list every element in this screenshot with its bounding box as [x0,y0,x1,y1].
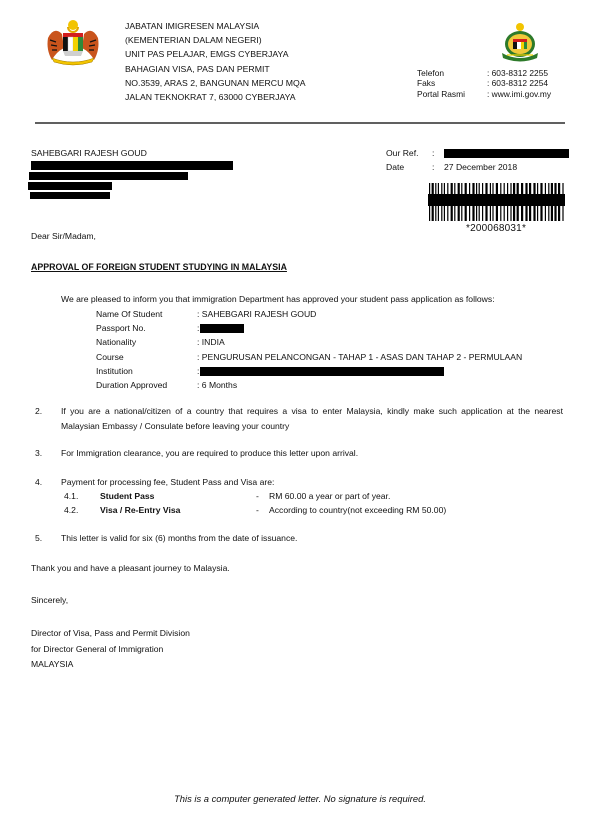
agency-line: BAHAGIAN VISA, PAS DAN PERMIT [125,62,306,76]
detail-value: : [197,364,199,378]
paragraph-number: 3. [35,446,61,461]
fee-dash: - [256,489,269,503]
paragraph-number: 4. [35,475,61,490]
agency-line: (KEMENTERIAN DALAM NEGERI) [125,33,306,47]
date-value: 27 December 2018 [444,161,517,175]
portal-link[interactable]: : www.imi.gov.my [487,89,551,99]
detail-label: Nationality [96,335,197,349]
paragraph-text: If you are a national/citizen of a count… [61,404,563,433]
agency-line: UNIT PAS PELAJAR, EMGS CYBERJAYA [125,47,306,61]
our-ref-label: Our Ref. [386,147,432,161]
fee-number: 4.1. [61,489,100,503]
contact-label: Portal Rasmi [417,89,487,99]
paragraph-text: For Immigration clearance, you are requi… [61,446,563,461]
detail-label: Course [96,350,197,364]
fee-number: 4.2. [61,503,100,517]
paragraph-number: 5. [35,531,61,546]
fee-list: 4.1. Student Pass - RM 60.00 a year or p… [61,489,446,517]
approval-details: Name Of Student : SAHEBGARI RAJESH GOUD … [96,307,522,392]
detail-row-institution: Institution : [96,364,522,378]
fee-row-visa: 4.2. Visa / Re-Entry Visa - According to… [61,503,446,517]
redacted-address-line [29,172,188,180]
fee-row-student-pass: 4.1. Student Pass - RM 60.00 a year or p… [61,489,446,503]
redacted-address-line [28,182,112,190]
colon: : [432,147,444,161]
our-ref-redacted [444,149,569,158]
detail-value: : PENGURUSAN PELANCONGAN - TAHAP 1 - ASA… [197,350,522,364]
fee-dash: - [256,503,269,517]
detail-value: : INDIA [197,335,225,349]
colon: : [432,161,444,175]
contact-row-fax: Faks : 603-8312 2254 [417,78,551,88]
signatory-line: for Director General of Immigration [31,642,190,658]
detail-value: : 6 Months [197,378,237,392]
agency-line: JALAN TEKNOKRAT 7, 63000 CYBERJAYA [125,90,306,104]
redacted-address-line [30,192,110,199]
signatory-line: Director of Visa, Pass and Permit Divisi… [31,626,190,642]
detail-label: Institution [96,364,197,378]
paragraph-text: Payment for processing fee, Student Pass… [61,475,563,490]
detail-label: Passport No. [96,321,197,335]
immigration-crest-logo [494,22,546,62]
contact-row-portal: Portal Rasmi : www.imi.gov.my [417,89,551,99]
detail-row-passport: Passport No. : [96,321,522,335]
contact-label: Faks [417,78,487,88]
malaysia-coat-of-arms-logo [42,18,104,66]
contact-value: : 603-8312 2254 [487,78,548,88]
detail-row-course: Course : PENGURUSAN PELANCONGAN - TAHAP … [96,350,522,364]
letter-subject: APPROVAL OF FOREIGN STUDENT STUDYING IN … [31,262,287,272]
detail-row-duration: Duration Approved : 6 Months [96,378,522,392]
barcode-number: *200068031* [466,223,526,234]
thanks-line: Thank you and have a pleasant journey to… [31,563,230,573]
signatory-line: MALAYSIA [31,657,190,673]
intro-paragraph: We are pleased to inform you that immigr… [61,294,495,304]
paragraph-number: 2. [35,404,61,433]
paragraph-4: 4. Payment for processing fee, Student P… [35,475,563,490]
fee-label: Student Pass [100,489,256,503]
detail-label: Name Of Student [96,307,197,321]
paragraph-2: 2. If you are a national/citizen of a co… [35,404,563,433]
institution-redacted [200,367,444,376]
our-ref-row: Our Ref. : [386,147,569,161]
detail-label: Duration Approved [96,378,197,392]
footer-note: This is a computer generated letter. No … [0,793,600,804]
detail-value: : SAHEBGARI RAJESH GOUD [197,307,316,321]
fee-label: Visa / Re-Entry Visa [100,503,256,517]
paragraph-text: This letter is valid for six (6) months … [61,531,563,546]
detail-row-name: Name Of Student : SAHEBGARI RAJESH GOUD [96,307,522,321]
paragraph-5: 5. This letter is valid for six (6) mont… [35,531,563,546]
contact-value: : 603-8312 2255 [487,68,548,78]
contact-row-phone: Telefon : 603-8312 2255 [417,68,551,78]
detail-row-nationality: Nationality : INDIA [96,335,522,349]
recipient-name: SAHEBGARI RAJESH GOUD [31,148,147,158]
fee-value: According to country(not exceeding RM 50… [269,503,446,517]
agency-line: NO.3539, ARAS 2, BANGUNAN MERCU MQA [125,76,306,90]
passport-redacted [200,324,244,333]
sign-off: Sincerely, [31,595,68,605]
agency-line: JABATAN IMIGRESEN MALAYSIA [125,19,306,33]
detail-value: : [197,321,199,335]
reference-block: Our Ref. : Date : 27 December 2018 [386,147,569,174]
date-row: Date : 27 December 2018 [386,161,569,175]
header-divider [35,122,565,124]
paragraph-3: 3. For Immigration clearance, you are re… [35,446,563,461]
contact-block: Telefon : 603-8312 2255 Faks : 603-8312 … [417,68,551,99]
barcode [428,183,565,221]
salutation: Dear Sir/Madam, [31,231,96,241]
agency-address-block: JABATAN IMIGRESEN MALAYSIA (KEMENTERIAN … [125,19,306,104]
redacted-address-line [31,161,233,170]
signatory-block: Director of Visa, Pass and Permit Divisi… [31,626,190,673]
date-label: Date [386,161,432,175]
fee-value: RM 60.00 a year or part of year. [269,489,390,503]
contact-label: Telefon [417,68,487,78]
